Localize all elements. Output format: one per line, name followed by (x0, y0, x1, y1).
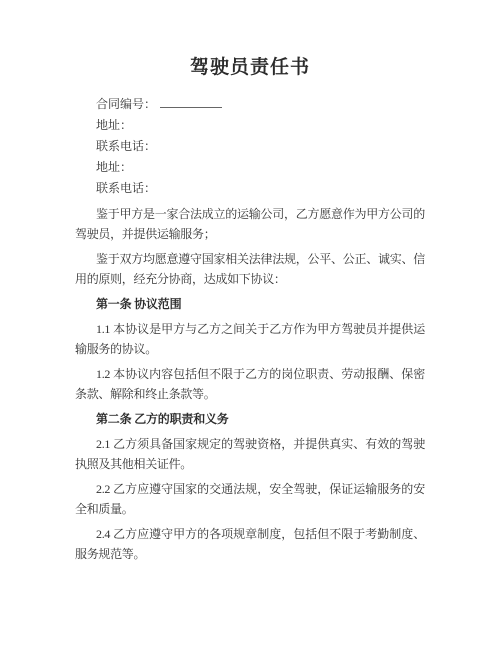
phone-line-2: 联系电话： (75, 178, 425, 199)
document-body: 合同编号： 地址： 联系电话： 地址： 联系电话： 鉴于甲方是一家合法成立的运输… (75, 94, 425, 564)
clause-2-4: 2.4 乙方应遵守甲方的各项规章制度，包括但不限于考勤制度、服务规范等。 (75, 524, 425, 564)
address-line-1: 地址： (75, 115, 425, 136)
document-page: 驾驶员责任书 合同编号： 地址： 联系电话： 地址： 联系电话： 鉴于甲方是一家… (0, 0, 500, 647)
address-line-2: 地址： (75, 157, 425, 178)
contract-number-label: 合同编号： (96, 97, 156, 111)
clause-1-1: 1.1 本协议是甲方与乙方之间关于乙方作为甲方驾驶员并提供运输服务的协议。 (75, 319, 425, 359)
preamble-paragraph-1: 鉴于甲方是一家合法成立的运输公司，乙方愿意作为甲方公司的驾驶员，并提供运输服务； (75, 204, 425, 244)
phone-line-1: 联系电话： (75, 136, 425, 157)
contract-number-line: 合同编号： (75, 94, 425, 115)
preamble-paragraph-2: 鉴于双方均愿意遵守国家相关法律法规，公平、公正、诚实、信用的原则，经充分协商，达… (75, 249, 425, 289)
contract-number-blank (160, 96, 222, 108)
document-title: 驾驶员责任书 (75, 54, 425, 82)
clause-2-2: 2.2 乙方应遵守国家的交通法规，安全驾驶，保证运输服务的安全和质量。 (75, 479, 425, 519)
clause-1-2: 1.2 本协议内容包括但不限于乙方的岗位职责、劳动报酬、保密条款、解除和终止条款… (75, 364, 425, 404)
section-1-heading: 第一条 协议范围 (75, 294, 425, 314)
section-2-heading: 第二条 乙方的职责和义务 (75, 409, 425, 429)
clause-2-1: 2.1 乙方须具备国家规定的驾驶资格，并提供真实、有效的驾驶执照及其他相关证件。 (75, 434, 425, 474)
